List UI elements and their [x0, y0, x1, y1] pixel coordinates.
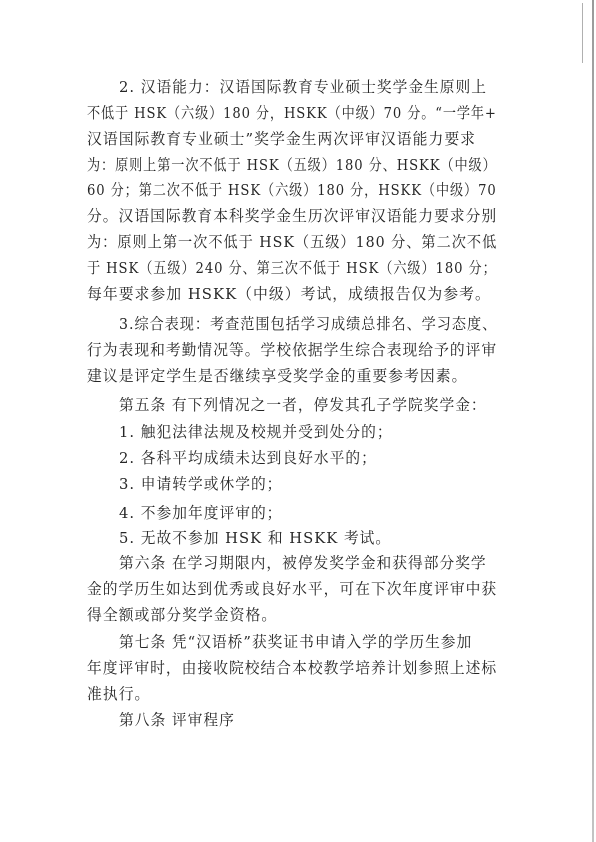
paragraph-line: 行为表现和考勤情况等。学校依据学生综合表现给予的评审	[87, 337, 495, 363]
article-7-paragraph: 第七条 凭“汉语桥”获奖证书申请入学的学历生参加	[119, 629, 497, 655]
list-item: 4. 不参加年度评审的；	[119, 500, 497, 526]
list-item: 2. 各科平均成绩未达到良好水平的；	[119, 445, 497, 471]
paragraph-line: 年度评审时，由接收院校结合本校教学培养计划参照上述标	[87, 655, 495, 681]
paragraph-line: 60 分；第二次不低于 HSK（六级）180 分，HSKK（中级）70	[87, 177, 450, 203]
list-item: 1. 触犯法律法规及校规并受到处分的；	[119, 419, 497, 445]
paragraph-line: 为：原则上第一次不低于 HSK（五级）180 分、HSKK（中级）	[87, 152, 450, 178]
paragraph-line: 建议是评定学生是否继续享受奖学金的重要参考因素。	[87, 363, 497, 389]
paragraph-line: 汉语国际教育专业硕士”奖学金生两次评审汉语能力要求	[87, 126, 497, 152]
paragraph-line: 为：原则上第一次不低于 HSK（五级）180 分、第二次不低	[87, 229, 479, 255]
scan-edge-mark	[582, 3, 583, 63]
paragraph-line-chinese-ability: 2. 汉语能力：汉语国际教育专业硕士奖学金生原则上	[119, 74, 497, 100]
paragraph-line: 不低于 HSK（六级）180 分，HSKK（中级）70 分。“一学年+	[87, 100, 450, 126]
list-item: 3. 申请转学或休学的；	[119, 471, 497, 497]
scan-edge-line	[592, 0, 594, 842]
article-6-paragraph: 第六条 在学习期限内，被停发奖学金和获得部分奖学	[119, 550, 497, 576]
document-page: 2. 汉语能力：汉语国际教育专业硕士奖学金生原则上 不低于 HSK（六级）180…	[0, 0, 596, 842]
paragraph-line: 金的学历生如达到优秀或良好水平，可在下次年度评审中获	[87, 576, 495, 602]
paragraph-line-overall-performance: 3.综合表现：考查范围包括学习成绩总排名、学习态度、	[119, 311, 482, 337]
list-item: 5. 无故不参加 HSK 和 HSKK 考试。	[119, 525, 497, 551]
paragraph-line: 准执行。	[87, 681, 497, 707]
paragraph-line: 分。汉语国际教育本科奖学金生历次评审汉语能力要求分别	[87, 203, 495, 229]
paragraph-line: 每年要求参加 HSKK（中级）考试，成绩报告仅为参考。	[87, 281, 497, 307]
paragraph-line: 得全额或部分奖学金资格。	[87, 602, 497, 628]
article-5-heading: 第五条 有下列情况之一者，停发其孔子学院奖学金：	[119, 392, 497, 418]
article-8-heading: 第八条 评审程序	[119, 707, 497, 733]
paragraph-line: 于 HSK（五级）240 分、第三次不低于 HSK（六级）180 分；	[87, 255, 451, 281]
